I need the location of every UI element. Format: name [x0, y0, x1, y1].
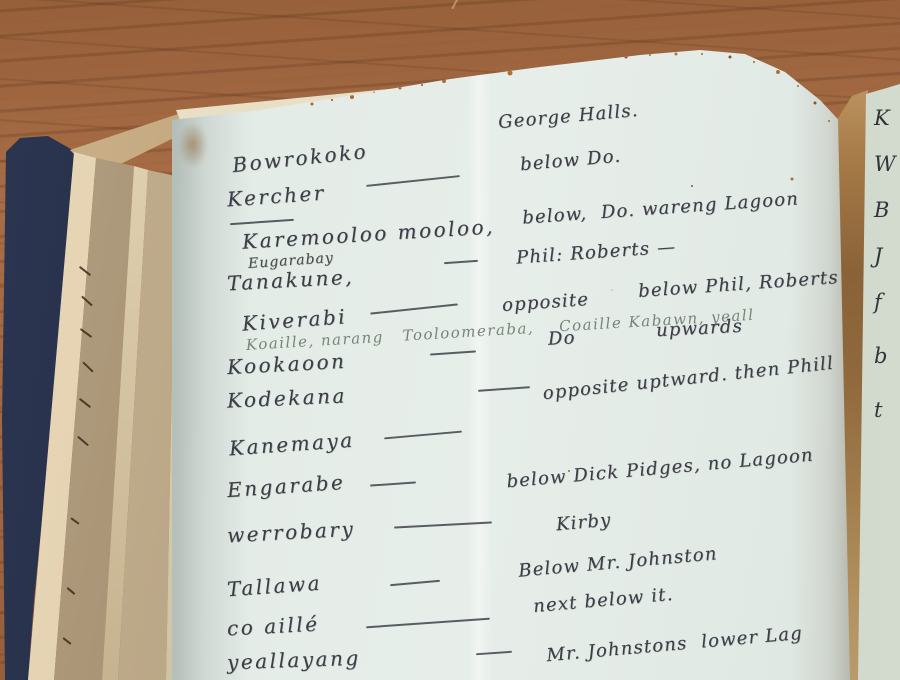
name-bowrokoko: Bowrokoko — [231, 139, 369, 177]
annotation-do: Do — [547, 327, 576, 349]
adjacent-page-fragment: b — [874, 344, 888, 368]
annotation-johnstons-lower: Mr. Johnstons lower Lag — [546, 623, 804, 666]
adjacent-page-fragment: J — [874, 244, 883, 268]
adjacent-page-fragment: K — [874, 106, 891, 130]
name-kanemaya: Kanemaya — [228, 428, 355, 461]
name-yeallayang: yeallayang — [227, 646, 361, 675]
foxing-dots — [0, 0, 4, 4]
ruled-dash — [366, 175, 460, 186]
name-kookaoon: Kookaoon — [226, 349, 347, 379]
annotation-dick-pidges: below Dick Pidges, no Lagoon — [506, 445, 815, 493]
ruled-dash — [384, 431, 462, 439]
annotation-next-below: next below it. — [532, 584, 674, 617]
ruled-dash — [444, 260, 478, 264]
wood-scratch — [451, 0, 509, 9]
adjacent-page-fragment: W — [874, 152, 897, 176]
name-kercher: Kercher — [226, 181, 326, 212]
ruled-dash — [370, 481, 416, 486]
name-engarabe: Engarabe — [226, 470, 346, 502]
annotation-george-halls: George Halls. — [497, 100, 639, 133]
ruled-dash — [370, 303, 458, 314]
annotation-kirby: Kirby — [555, 510, 612, 536]
annotation-below-do: below Do. — [519, 146, 622, 176]
ruled-dash — [230, 219, 294, 225]
ruled-dash — [366, 618, 490, 628]
annotation-opposite-uptward: opposite uptward. then Phill — [542, 353, 835, 404]
ruled-dash — [394, 521, 492, 528]
annotation-upwards: upwards — [656, 316, 744, 342]
ruled-dash — [478, 386, 530, 391]
name-tanakune: Tanakune, — [226, 265, 354, 296]
adjacent-page-fragment: t — [874, 398, 883, 422]
adjacent-page-fragment: f — [874, 290, 883, 314]
name-tallawa: Tallawa — [226, 571, 322, 602]
ruled-dash — [476, 651, 512, 655]
adjacent-page-fragment: B — [874, 198, 890, 222]
ruled-dash — [390, 580, 440, 586]
name-werrobary: werrobary — [226, 517, 355, 548]
photograph-of-manuscript: Bowrokoko Kercher Karemooloo mooloo, Eug… — [0, 0, 900, 680]
ruled-dash — [430, 350, 476, 355]
annotation-opposite: opposite — [501, 289, 589, 316]
annotation-below-johnston: Below Mr. Johnston — [517, 543, 718, 581]
annotation-phil-roberts: Phil: Roberts — — [515, 236, 676, 268]
annotation-wareng-lagoon: below, Do. wareng Lagoon — [522, 188, 800, 228]
corner-stain — [178, 122, 208, 168]
annotation-below-phil-roberts: below Phil, Roberts — [638, 267, 840, 302]
name-kodekana: Kodekana — [227, 383, 348, 412]
name-coaille: co aillé — [226, 612, 320, 641]
